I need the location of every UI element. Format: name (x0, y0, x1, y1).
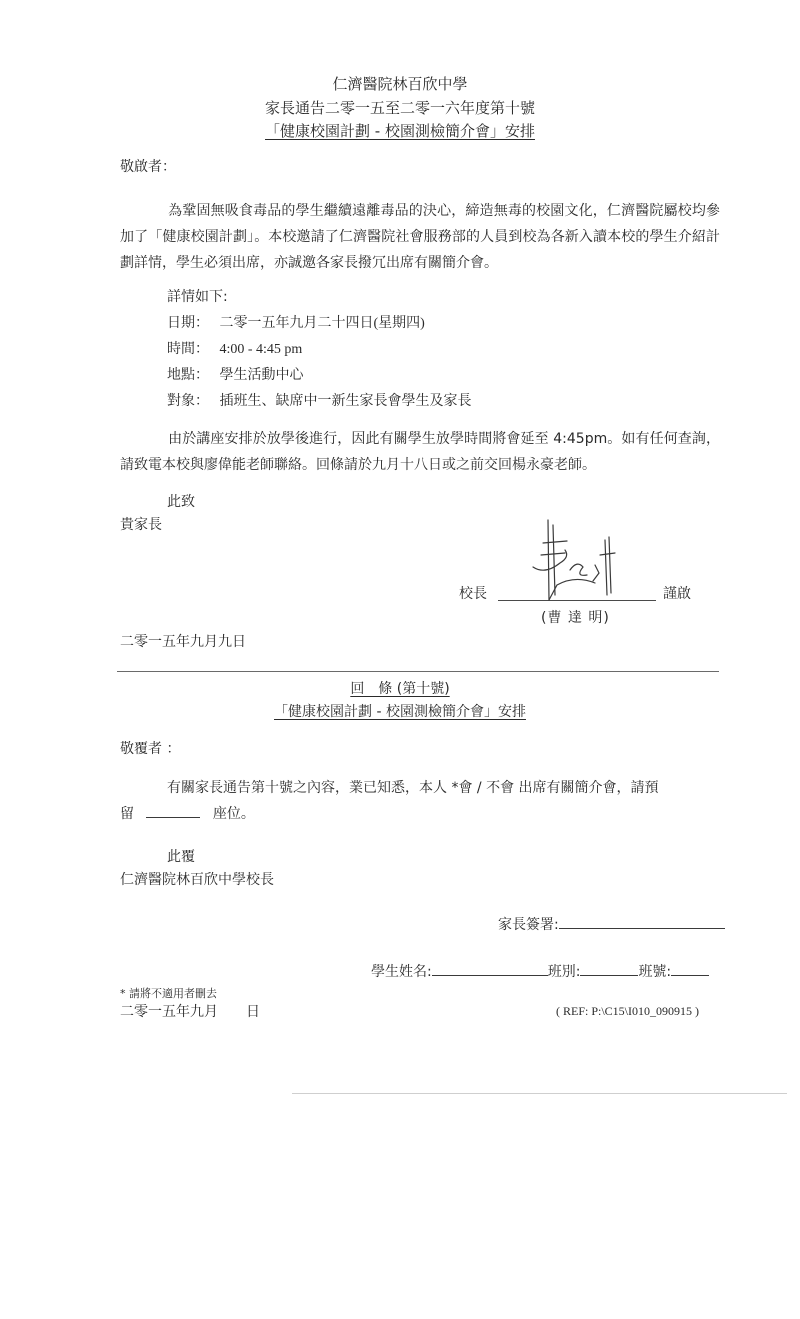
reply-recipient: 仁濟醫院林百欣中學校長 (120, 873, 274, 887)
detail-label: 對象： (167, 393, 209, 409)
recipient: 貴家長 (120, 518, 162, 532)
notice-date: 二零一五年九月九日 (120, 635, 246, 649)
reply-slip-subject: 「健康校園計劃 - 校園測檢簡介會」安排 (0, 705, 800, 719)
reply-slip-subject-text: 「健康校園計劃 - 校園測檢簡介會」安排 (274, 704, 526, 720)
paragraph-arrangement: 由於講座安排於放學後進行，因此有關學生放學時間將會延至 4:45pm。如有任何查… (120, 426, 720, 478)
reply-body-suffix: 座位。 (213, 806, 255, 822)
details-heading: 詳情如下: (167, 290, 228, 304)
detail-row-time: 時間： 4:00 - 4:45 pm (167, 342, 302, 357)
footnote: * 請將不適用者刪去 (120, 988, 217, 999)
detail-value: 學生活動中心 (219, 367, 303, 383)
notice-subject: 「健康校園計劃 - 校園測檢簡介會」安排 (0, 124, 800, 139)
class-number-field[interactable] (671, 974, 709, 976)
parent-signature-label: 家長簽署: (498, 917, 559, 933)
reply-body-line2: 留 座位。 (120, 807, 255, 821)
class-label: 班別: (548, 964, 581, 980)
school-name: 仁濟醫院林百欣中學 (0, 77, 800, 92)
reply-date: 二零一五年九月 日 (120, 1005, 260, 1019)
parent-signature-row: 家長簽署: (498, 918, 725, 932)
student-name-label: 學生姓名: (371, 964, 432, 980)
class-field[interactable] (580, 974, 638, 976)
paragraph-intro: 為鞏固無吸食毒品的學生繼續遠離毒品的決心，締造無毒的校園文化，仁濟醫院屬校均參加… (120, 198, 720, 276)
notice-subject-text: 「健康校園計劃 - 校園測檢簡介會」安排 (265, 122, 535, 140)
detail-row-venue: 地點： 學生活動中心 (167, 368, 303, 382)
scan-edge-line (292, 1093, 787, 1094)
detail-row-date: 日期： 二零一五年九月二十四日(星期四) (167, 316, 425, 331)
paragraph-arrangement-text: 由於講座安排於放學後進行，因此有關學生放學時間將會延至 4:45pm。如有任何查… (120, 431, 720, 473)
reply-closing: 此覆 (167, 850, 195, 864)
detail-label: 地點： (167, 367, 209, 383)
reply-body-line1: 有關家長通告第十號之內容，業已知悉，本人 *會 / 不會 出席有關簡介會，請預 (167, 781, 659, 795)
reference-code: ( REF: P:\C15\I010_090915 ) (556, 1005, 699, 1017)
reply-body-prefix: 留 (120, 806, 134, 822)
cut-line-divider (117, 671, 719, 672)
parent-signature-field[interactable] (559, 927, 725, 929)
seat-count-field[interactable] (146, 816, 200, 818)
detail-value: 4:00 - 4:45 pm (219, 342, 302, 357)
student-info-row: 學生姓名:班別:班號: (371, 965, 709, 979)
detail-label: 時間： (167, 341, 209, 357)
principal-title: 校長 (459, 587, 487, 601)
signature-icon (515, 515, 635, 605)
salutation: 敬啟者： (120, 160, 176, 174)
detail-label: 日期： (167, 315, 209, 331)
detail-value: 插班生、缺席中一新生家長會學生及家長 (219, 393, 471, 409)
principal-name: (曹 達 明) (541, 611, 610, 625)
paragraph-intro-text: 為鞏固無吸食毒品的學生繼續遠離毒品的決心，締造無毒的校園文化，仁濟醫院屬校均參加… (120, 203, 720, 271)
closing: 此致 (167, 495, 195, 509)
notice-number: 家長通告二零一五至二零一六年度第十號 (0, 101, 800, 116)
class-number-label: 班號: (638, 964, 671, 980)
student-name-field[interactable] (432, 974, 548, 976)
reply-slip-title-text: 回 條 (第十號) (350, 681, 449, 697)
signature-suffix: 謹啟 (663, 587, 691, 601)
detail-value: 二零一五年九月二十四日(星期四) (219, 316, 424, 331)
detail-row-audience: 對象： 插班生、缺席中一新生家長會學生及家長 (167, 394, 471, 408)
reply-slip-title: 回 條 (第十號) (0, 682, 800, 696)
reply-salutation: 敬覆者 ： (120, 742, 180, 756)
